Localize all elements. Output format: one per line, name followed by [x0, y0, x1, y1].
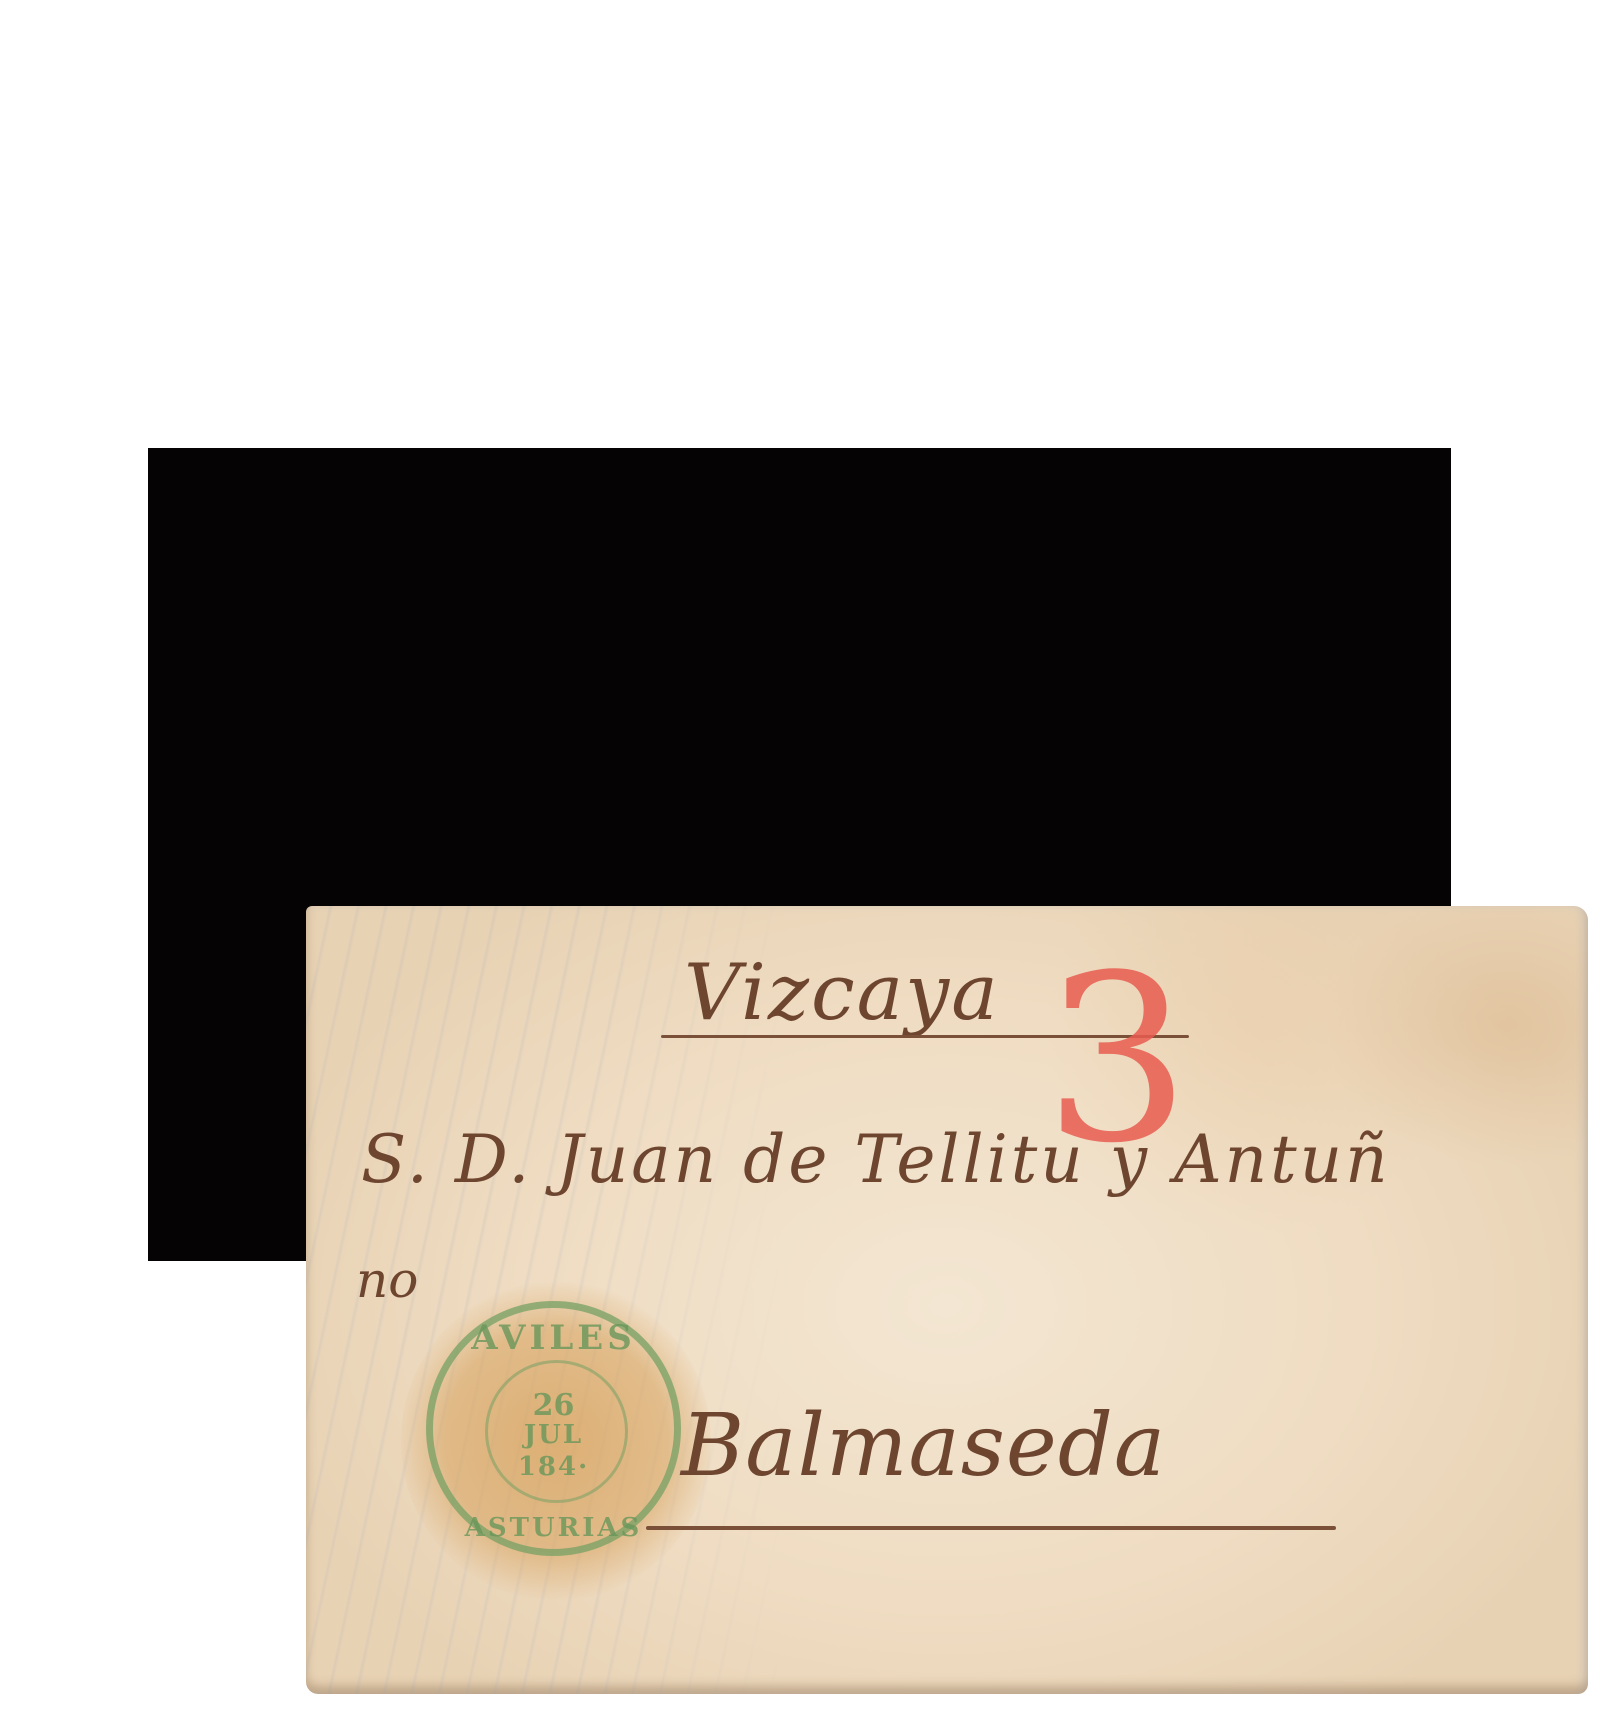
datestamp-year: 184· — [433, 1452, 674, 1482]
addressee-continuation: no — [356, 1251, 418, 1309]
postal-cover: Vizcaya 3 S. D. Juan de Tellitu y Antuñ … — [306, 906, 1588, 1694]
datestamp-month: JUL — [433, 1420, 674, 1450]
destination-underline — [646, 1526, 1336, 1530]
photo-frame: Vizcaya 3 S. D. Juan de Tellitu y Antuñ … — [148, 448, 1451, 1261]
datestamp-day: 26 — [433, 1388, 674, 1423]
circular-datestamp: AVILES 26 JUL 184· ASTURIAS — [426, 1301, 681, 1556]
destination-text: Balmaseda — [681, 1396, 1166, 1496]
datestamp-town: AVILES — [433, 1318, 674, 1358]
province-text: Vizcaya — [684, 948, 1000, 1038]
addressee-text: S. D. Juan de Tellitu y Antuñ — [361, 1121, 1391, 1198]
datestamp-region: ASTURIAS — [433, 1513, 674, 1543]
